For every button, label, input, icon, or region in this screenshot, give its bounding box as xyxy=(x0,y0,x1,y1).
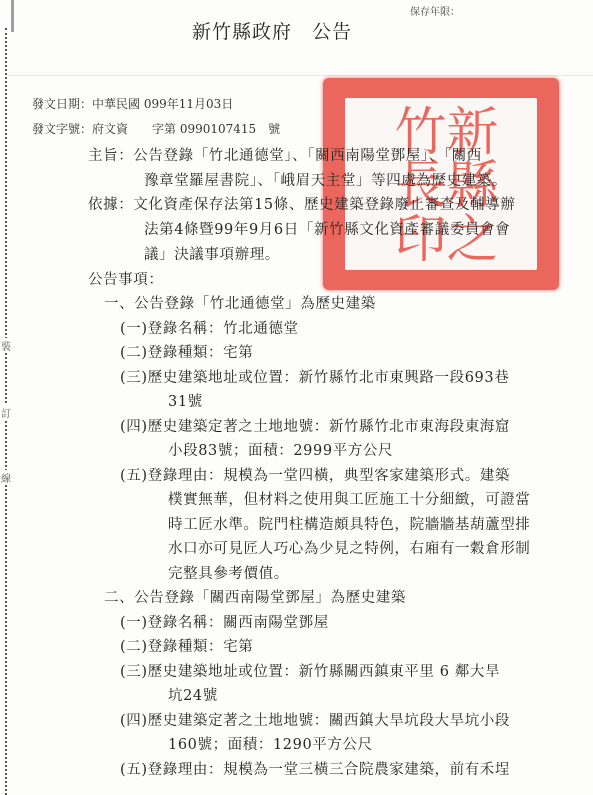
body-line: 豫章堂羅屋書院」、「峨眉天主堂」等四處為歷史建築。 xyxy=(144,169,507,190)
body-line: (二)登錄種類：宅第 xyxy=(120,635,253,656)
body-line: (一)登錄名稱：關西南陽堂鄧屋 xyxy=(120,611,329,632)
body-line: 完整具參考價值。 xyxy=(168,562,289,583)
body-line: (五)登錄理由：規模為一堂三橫三合院農家建築，前有禾埕 xyxy=(120,758,510,779)
body-line: (二)登錄種類：宅第 xyxy=(120,341,253,362)
body-line: 議」決議事項辦理。 xyxy=(144,243,280,264)
body-line: 160號；面積：1290平方公尺 xyxy=(168,733,373,754)
body-line: (四)歷史建築定著之土地地號：新竹縣竹北市東海段東海窟 xyxy=(120,415,510,436)
body-line: 坑24號 xyxy=(168,684,218,705)
body-line: (三)歷史建築地址或位置：新竹縣竹北市東興路一段693巷 xyxy=(120,366,509,387)
body-line: 依據：文化資產保存法第15條、歷史建築登錄廢止審查及輔導辦 xyxy=(88,193,515,214)
body-line: 二、公告登錄「關西南陽堂鄧屋」為歷史建築 xyxy=(104,586,406,607)
body-line: 法第4條暨99年9月6日「新竹縣文化資產審議委員會會 xyxy=(144,218,510,239)
body-line: (四)歷史建築定著之土地地號：關西鎮大旱坑段大旱坑小段 xyxy=(120,709,510,730)
body-line: 一、公告登錄「竹北通德堂」為歷史建築 xyxy=(104,292,376,313)
body-line: 水口亦可見匠人巧心為少見之特例，右廂有一穀倉形制 xyxy=(168,537,530,558)
body-line: (一)登錄名稱：竹北通德堂 xyxy=(120,317,299,338)
body-line: 主旨：公告登錄「竹北通德堂」、「關西南陽堂鄧屋」、「關西 xyxy=(88,144,482,165)
body-line: 時工匠水準。院門柱構造頗具特色，院牆牆基葫蘆型排 xyxy=(168,513,530,534)
announcement-body: 主旨：公告登錄「竹北通德堂」、「關西南陽堂鄧屋」、「關西豫章堂羅屋書院」、「峨眉… xyxy=(0,0,593,795)
body-line: 樸實無華，但材料之使用與工匠施工十分細緻，可證當 xyxy=(168,488,530,509)
body-line: (五)登錄理由：規模為一堂四橫，典型客家建築形式。建築 xyxy=(120,464,510,485)
body-line: 公告事項： xyxy=(88,268,164,289)
body-line: 31號 xyxy=(168,390,203,411)
body-line: 小段83號；面積：2999平方公尺 xyxy=(168,439,393,460)
body-line: (三)歷史建築地址或位置：新竹縣關西鎮東平里 6 鄰大旱 xyxy=(120,660,500,681)
